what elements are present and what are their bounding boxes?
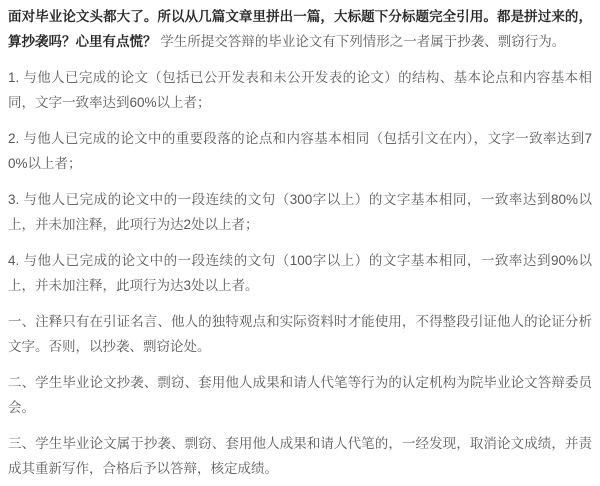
- criterion-item-2: 2. 与他人已完成的论文中的重要段落的论点和内容基本相同（包括引文在内），文字一…: [8, 126, 592, 176]
- rule-item-3: 三、学生毕业论文属于抄袭、剽窃、套用他人成果和请人代笔的，一经发现，取消论文成绩…: [8, 431, 592, 481]
- criterion-item-4: 4. 与他人已完成的论文中的一段连续的文句（100字以上）的文字基本相同，一致率…: [8, 248, 592, 298]
- article-body: 面对毕业论文头都大了。所以从几篇文章里拼出一篇，大标题下分标题完全引用。都是拼过…: [0, 0, 600, 481]
- criterion-item-1: 1. 与他人已完成的论文（包括已公开发表和未公开发表的论文）的结构、基本论点和内…: [8, 65, 592, 115]
- rule-item-1: 一、注释只有在引证名言、他人的独特观点和实际资料时才能使用，不得整段引证他人的论…: [8, 309, 592, 359]
- criterion-item-3: 3. 与他人已完成的论文中的一段连续的文句（300字以上）的文字基本相同，一致率…: [8, 187, 592, 237]
- intro-rest-text: 学生所提交答辩的毕业论文有下列情形之一者属于抄袭、剽窃行为。: [160, 34, 565, 49]
- rule-item-2: 二、学生毕业论文抄袭、剽窃、套用他人成果和请人代笔等行为的认定机构为院毕业论文答…: [8, 370, 592, 420]
- intro-paragraph: 面对毕业论文头都大了。所以从几篇文章里拼出一篇，大标题下分标题完全引用。都是拼过…: [8, 4, 592, 54]
